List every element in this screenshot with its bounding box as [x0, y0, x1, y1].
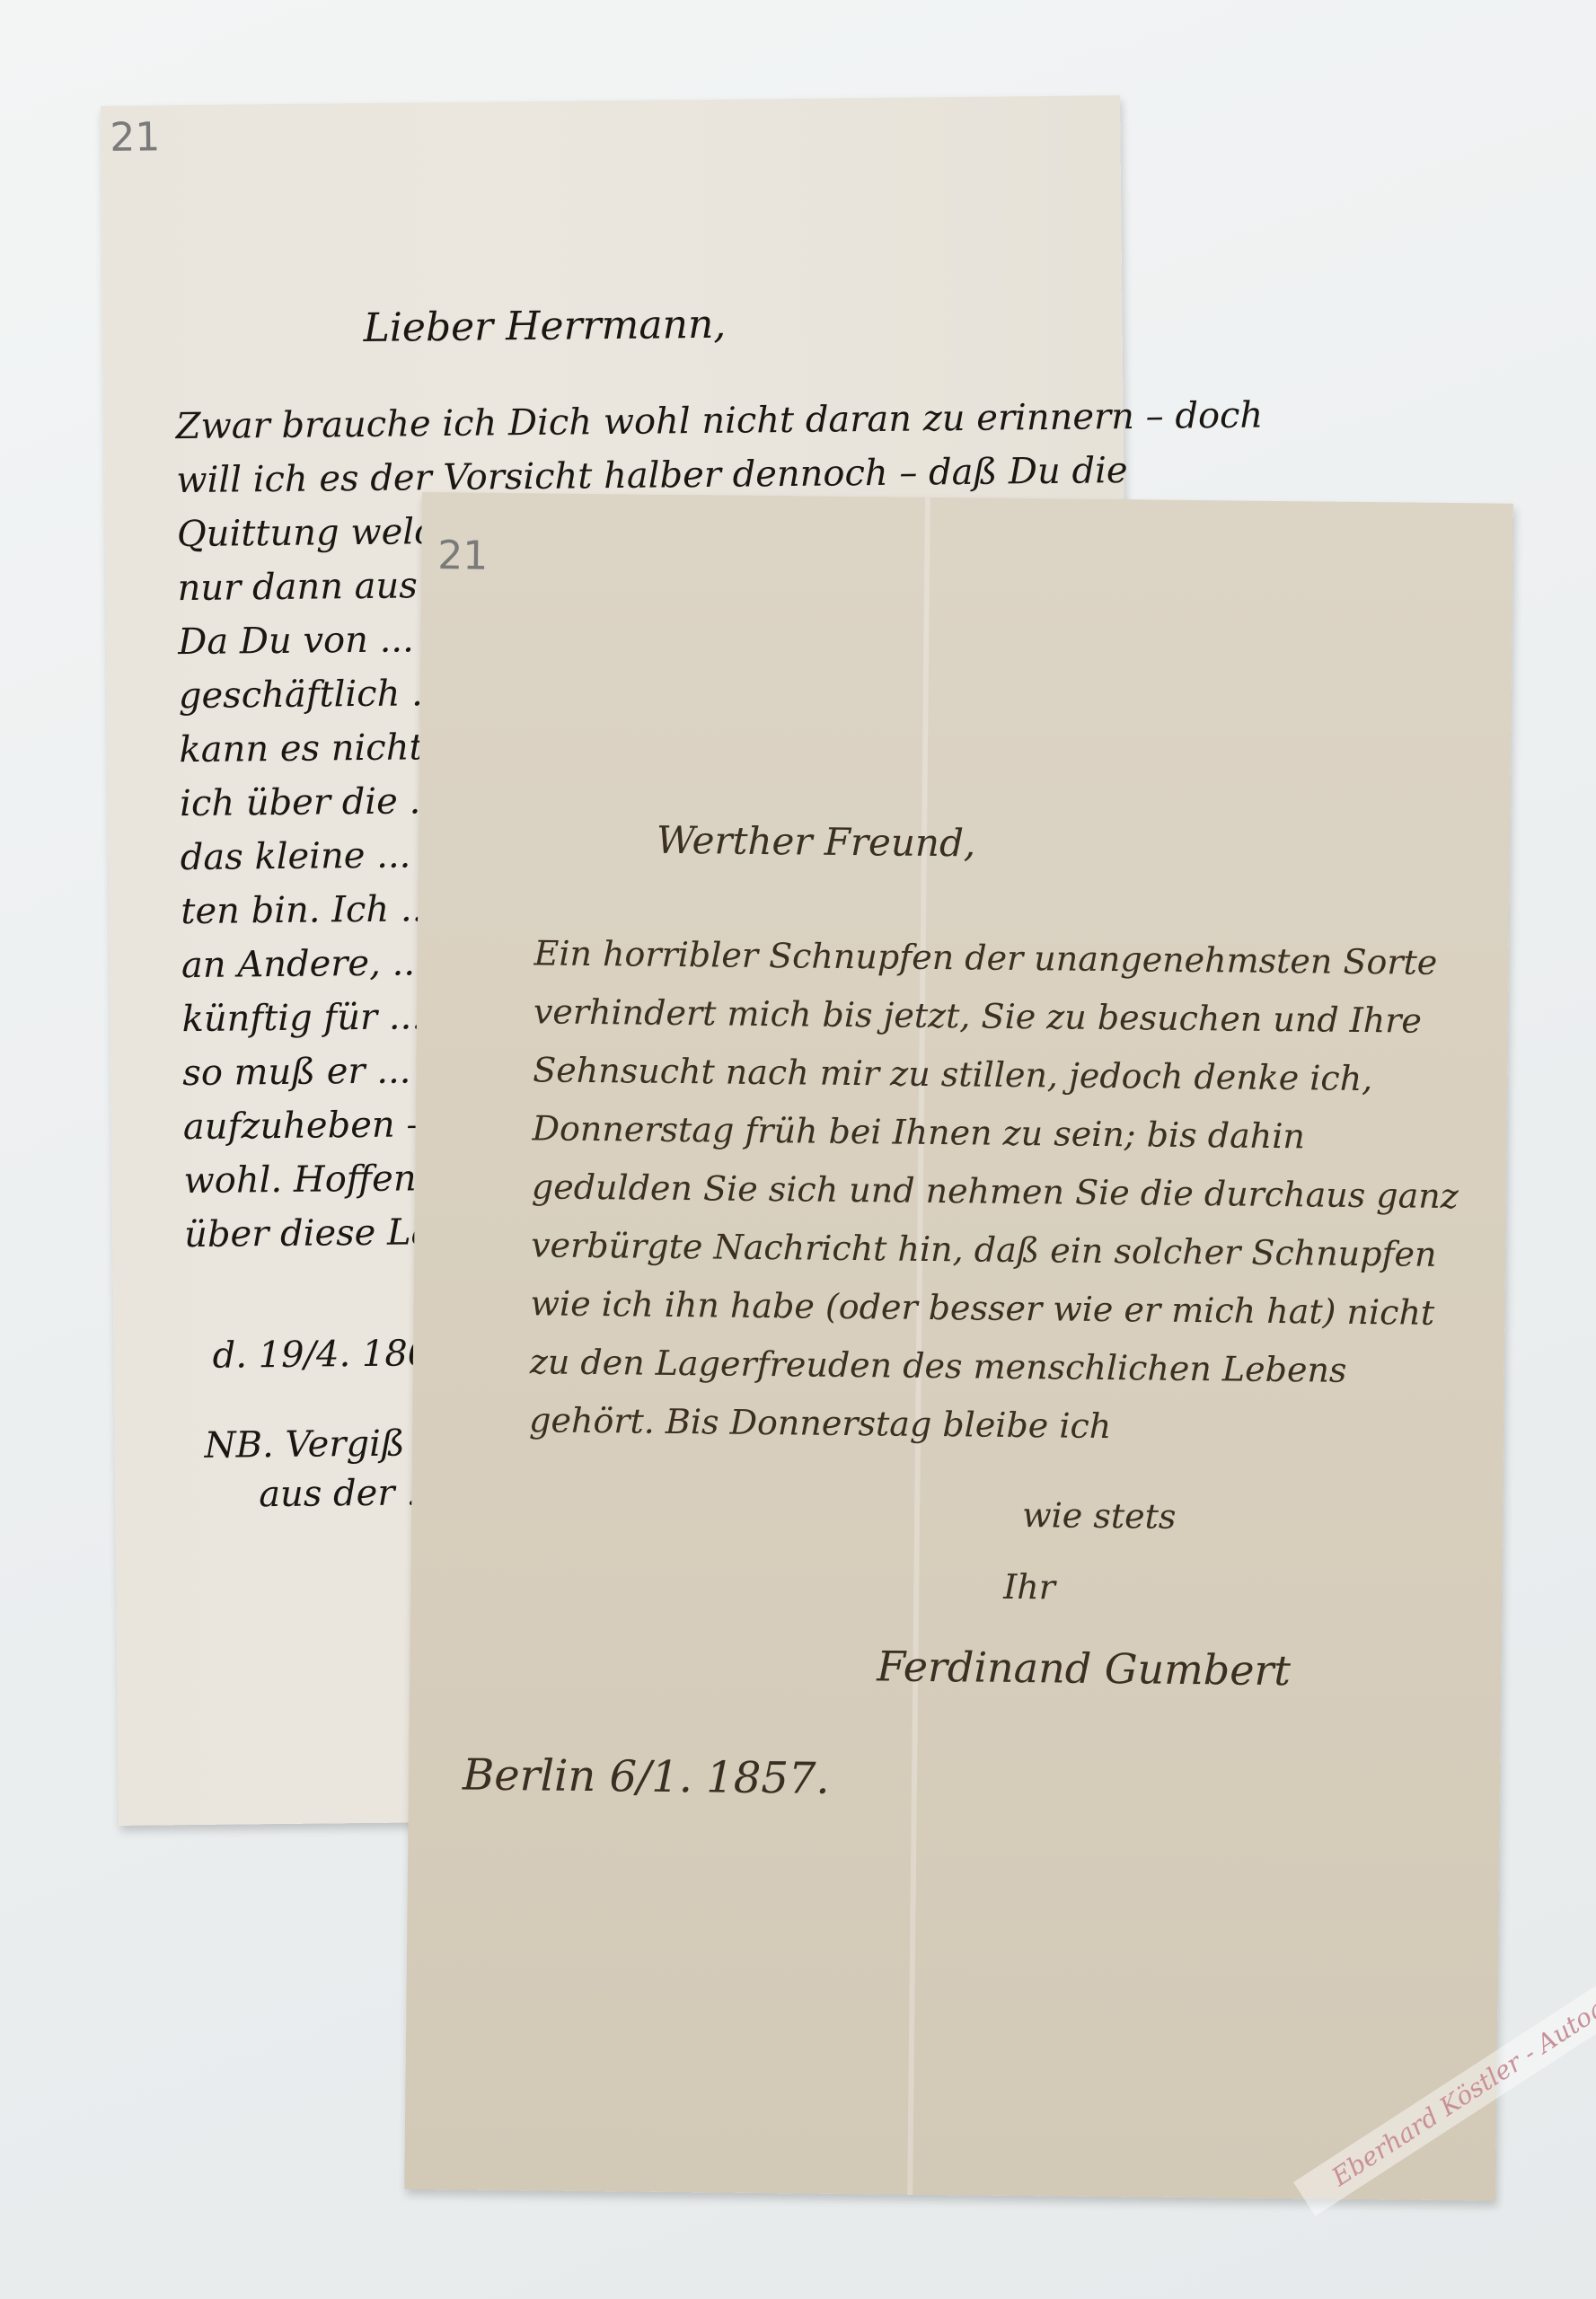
closing-2: Ihr	[1003, 1567, 1055, 1608]
back-line: will ich es der Vorsicht halber dennoch …	[176, 450, 1128, 501]
archive-number: 21	[437, 533, 489, 579]
archive-number: 21	[110, 114, 161, 161]
signature: Ferdinand Gumbert	[877, 1642, 1291, 1695]
front-line: gedulden Sie sich und nehmen Sie die dur…	[532, 1167, 1459, 1216]
front-line: Ein horribler Schnupfen der unangenehmst…	[533, 933, 1437, 982]
back-line: an Andere, ...	[181, 942, 427, 986]
closing: wie stets	[1022, 1495, 1177, 1537]
front-line: Sehnsucht nach mir zu stillen, jedoch de…	[533, 1050, 1372, 1098]
front-line: verhindert mich bis jetzt, Sie zu besuch…	[533, 991, 1422, 1040]
back-line: Zwar brauche ich Dich wohl nicht daran z…	[176, 394, 1264, 447]
back-line: ten bin. Ich ...	[181, 888, 435, 932]
front-salutation: Werther Freund,	[657, 818, 976, 866]
back-line: geschäftlich ...	[179, 673, 446, 717]
back-line: Da Du von ...	[178, 619, 414, 663]
back-salutation: Lieber Herrmann,	[363, 302, 726, 351]
front-line: Donnerstag früh bei Ihnen zu sein; bis d…	[532, 1108, 1305, 1156]
back-line: so muß er ...	[182, 1050, 411, 1094]
front-line: wie ich ihn habe (oder besser wie er mic…	[530, 1283, 1434, 1333]
front-letter-page: 21 Werther Freund, Ein horribler Schnupf…	[404, 492, 1513, 2201]
front-line: verbürgte Nachricht hin, daß ein solcher…	[531, 1225, 1437, 1274]
back-line: das kleine ...	[181, 834, 411, 878]
place-date: Berlin 6/1. 1857.	[463, 1750, 830, 1804]
back-line: ich über die ...	[180, 780, 444, 824]
back-body: Zwar brauche ich Dich wohl nicht daran z…	[101, 95, 1120, 106]
back-line: künftig für ...	[181, 996, 423, 1040]
front-line: zu den Lagerfreuden des menschlichen Leb…	[530, 1342, 1347, 1390]
front-line: gehört. Bis Donnerstag bleibe ich	[529, 1400, 1112, 1446]
